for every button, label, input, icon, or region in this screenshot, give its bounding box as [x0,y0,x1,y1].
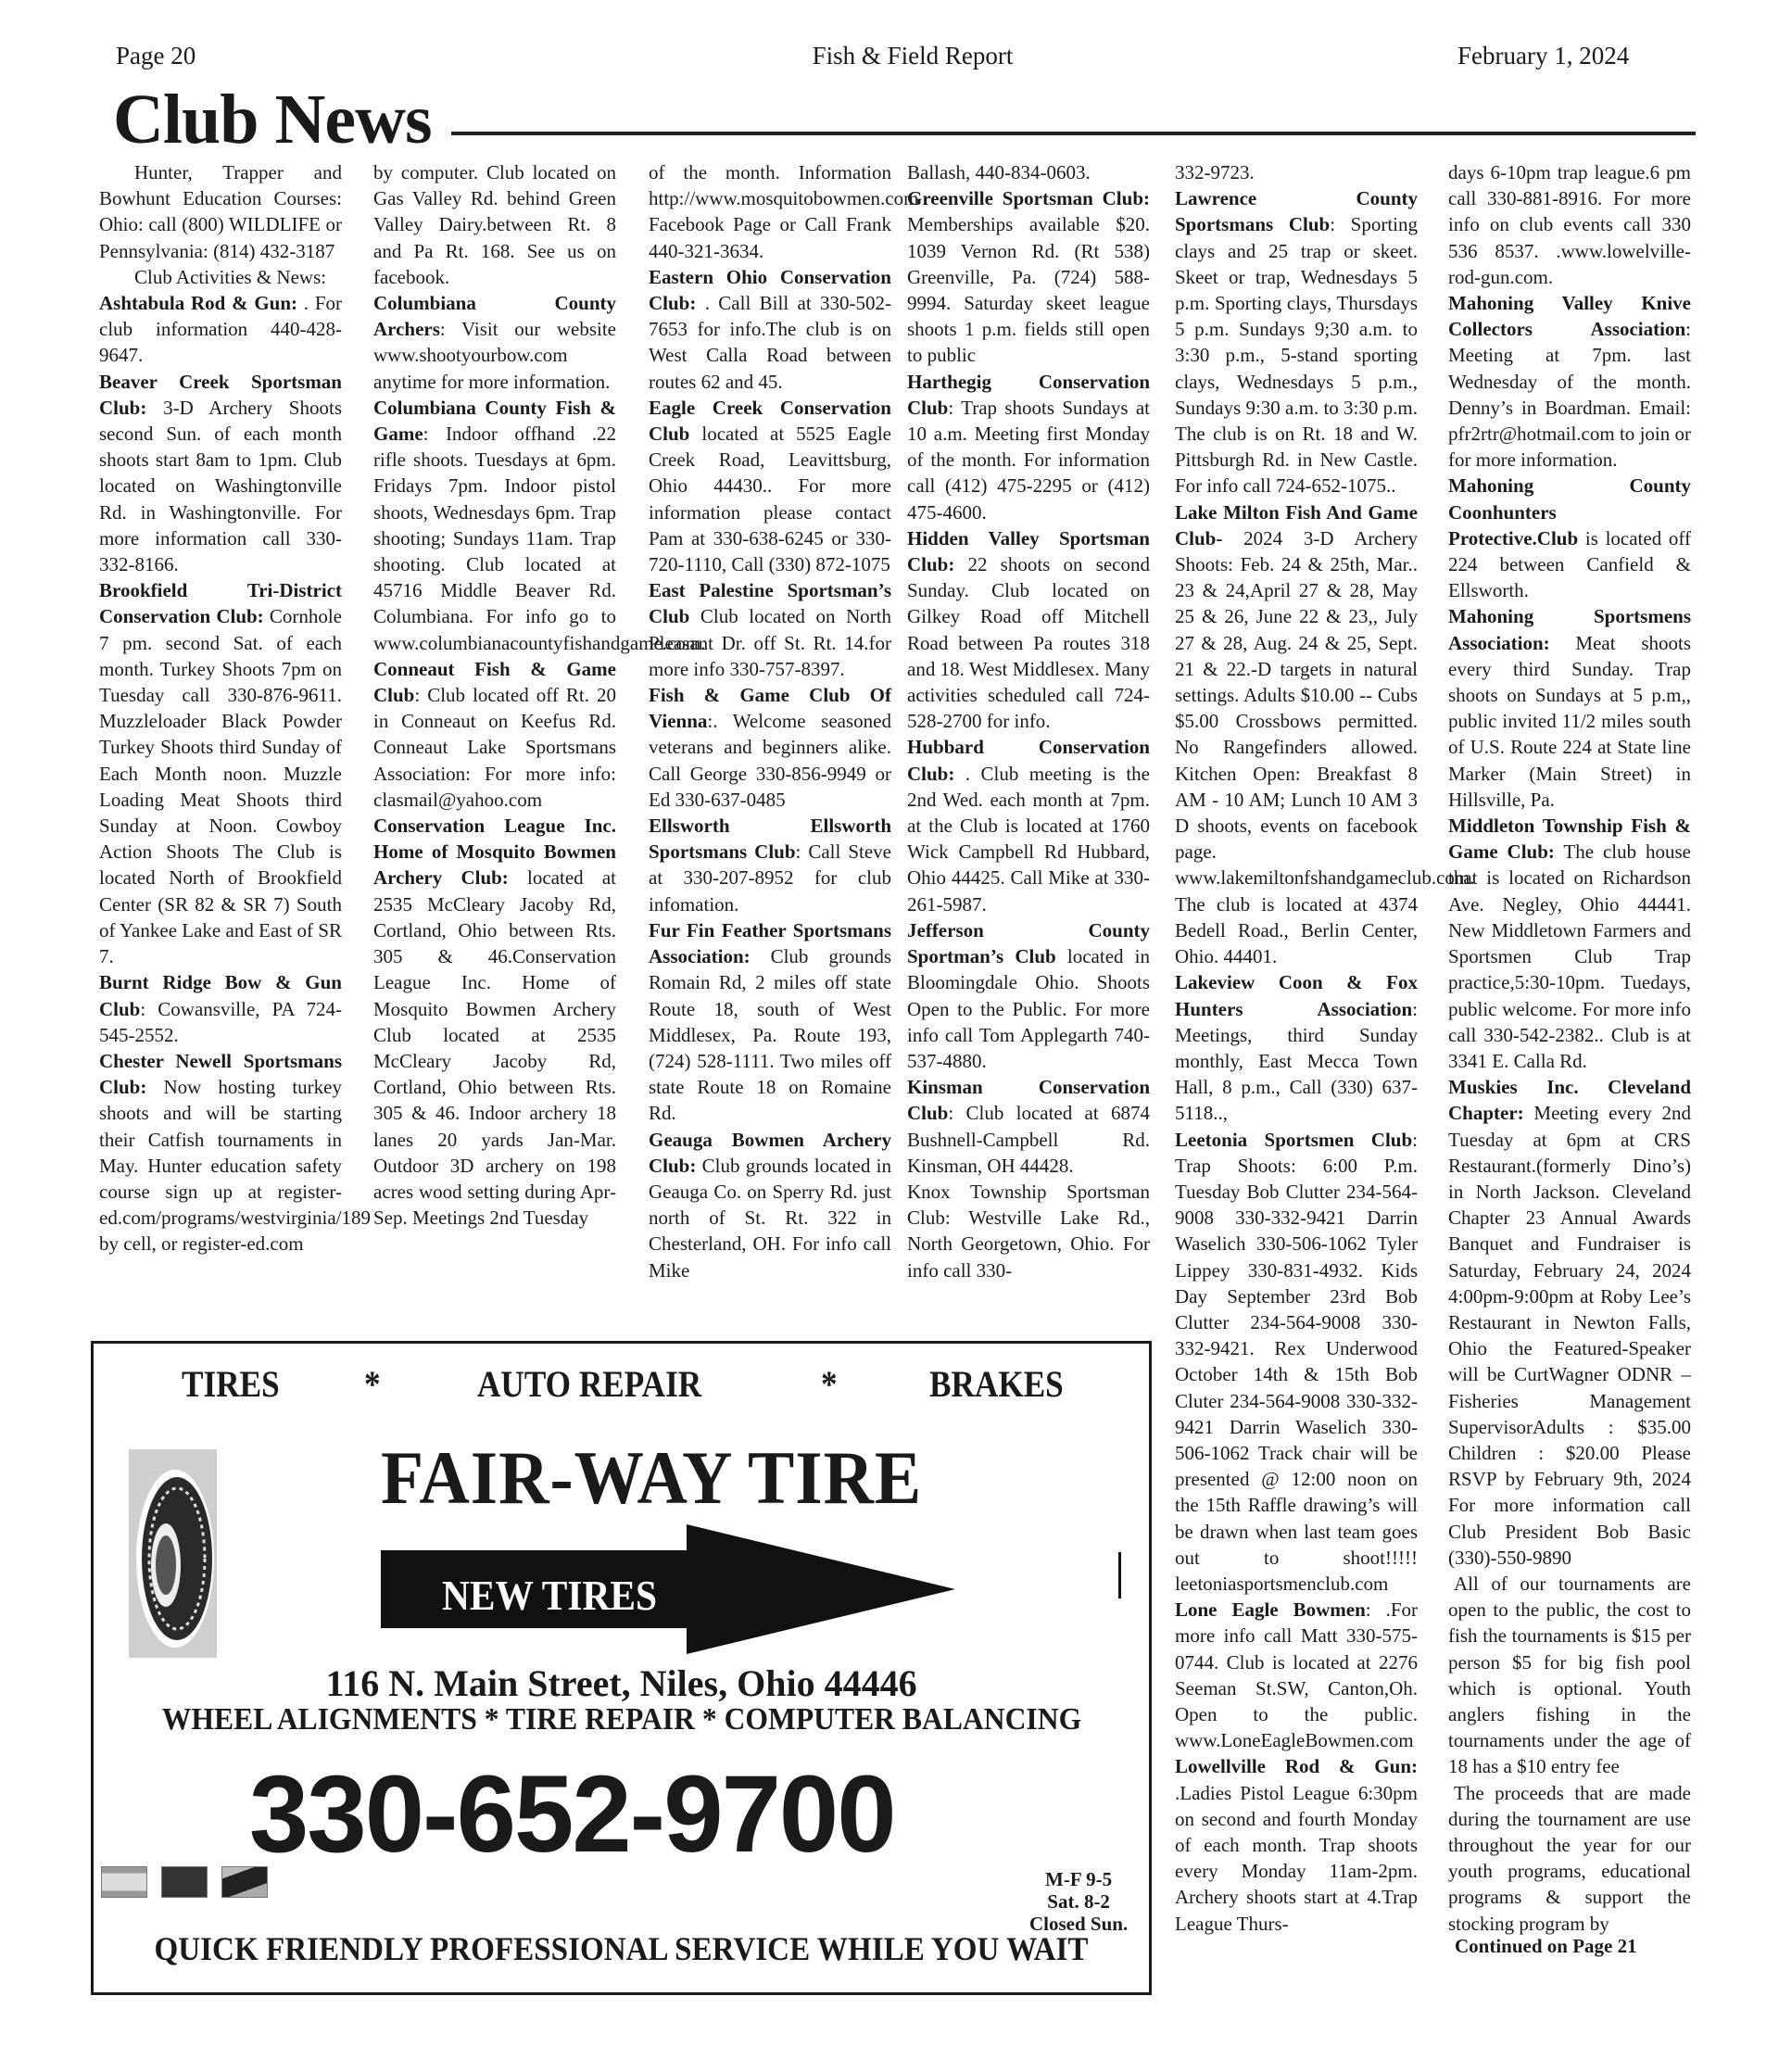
club-details: located at 2535 McCleary Jacoby Rd, Cort… [373,866,616,1229]
club-details: days 6-10pm trap league.6 pm call 330-88… [1448,161,1691,288]
club-details: Club grounds Romain Rd, 2 miles off stat… [649,945,891,1124]
club-details: of the month. Information http://www.mos… [649,161,918,262]
club-details: Ballash, 440-834-0603. [907,161,1091,183]
club-entry: Eagle Creek Conservation Club located at… [649,395,891,577]
section-title: Club News [113,80,432,159]
club-entry: by computer. Club located on Gas Valley … [373,159,616,290]
article-column-5: 332-9723.Lawrence County Sportsmans Club… [1175,159,1418,1937]
club-entry: Brookfield Tri-District Conservation Clu… [99,577,342,969]
club-entry: Hubbard Conservation Club: . Club meetin… [907,734,1150,916]
ad-service-auto-repair: AUTO REPAIR [477,1364,701,1405]
club-details: Knox Township Sportsman Club: Westville … [907,1181,1150,1282]
club-entry: Ellsworth Ellsworth Sportsmans Club: Cal… [649,813,891,917]
club-entry: All of our tournaments are open to the p… [1448,1571,1691,1780]
club-entry: Ballash, 440-834-0603. [907,159,1150,185]
visa-card-icon [101,1866,147,1898]
club-entry: Mahoning Valley Knive Collectors Associa… [1448,290,1691,473]
club-details: by computer. Club located on Gas Valley … [373,161,616,288]
club-entry: Chester Newell Sportsmans Club: Now host… [99,1048,342,1257]
fairway-tire-advertisement: TIRES * AUTO REPAIR * BRAKES FAIR-WAY TI… [91,1341,1152,1995]
club-name: Lakeview Coon & Fox Hunters Association [1175,971,1418,1019]
club-entry: Greenville Sportsman Club: Memberships a… [907,185,1150,368]
club-name: Lone Eagle Bowmen [1175,1598,1366,1621]
club-details: Hunter, Trapper and Bowhunt Education Co… [99,161,342,262]
discover-card-icon [221,1866,268,1898]
club-entry: Lowellville Rod & Gun: .Ladies Pistol Le… [1175,1753,1418,1936]
ad-brand-name: FAIR-WAY TIRE [381,1436,922,1520]
club-entry: Mahoning County Coonhunters Protective.C… [1448,473,1691,603]
club-details: : Sporting clays and 25 trap or skeet. S… [1175,213,1418,497]
ad-address: 116 N. Main Street, Niles, Ohio 44446 [94,1662,1149,1705]
club-entry: East Palestine Sportsman’s Club Club loc… [649,577,891,682]
club-details: : Trap Shoots: 6:00 P.m. Tuesday Bob Clu… [1175,1129,1418,1595]
club-entry: Hidden Valley Sportsman Club: 22 shoots … [907,525,1150,735]
club-entry: Beaver Creek Sportsman Club: 3-D Archery… [99,369,342,578]
tire-icon [129,1449,217,1658]
club-entry: Fur Fin Feather Sportsmans Association: … [649,917,891,1127]
club-details: 332-9723. [1175,161,1255,183]
accepted-cards [101,1866,268,1898]
club-details: 3-D Archery Shoots second Sun. of each m… [99,397,342,575]
club-entry: Knox Township Sportsman Club: Westville … [907,1179,1150,1283]
club-name: Leetonia Sportsmen Club [1175,1129,1412,1151]
club-details: All of our tournaments are open to the p… [1448,1573,1691,1777]
ad-service-tires: TIRES [182,1364,280,1405]
article-column-3: of the month. Information http://www.mos… [649,159,891,1283]
club-entry: Leetonia Sportsmen Club: Trap Shoots: 6:… [1175,1127,1418,1598]
club-name: Mahoning Valley Knive Collectors Associa… [1448,292,1691,340]
club-entry: Club Activities & News: [99,264,342,290]
club-details: : Meeting at 7pm. last Wednesday of the … [1448,318,1691,471]
club-details: . Club meeting is the 2nd Wed. each mont… [907,763,1150,916]
club-entry: Ashtabula Rod & Gun: . For club informat… [99,290,342,369]
club-entry: Eastern Ohio Conservation Club: . Call B… [649,264,891,395]
issue-date: February 1, 2024 [1457,41,1629,70]
article-column-6: days 6-10pm trap league.6 pm call 330-88… [1448,159,1691,1937]
club-details: 2024 3-D Archery Shoots: Feb. 24 & 25th,… [1175,527,1474,967]
ad-arrow-label: NEW TIRES [442,1573,657,1619]
ad-separator: * [364,1364,381,1405]
club-entry: Conneaut Fish & Game Club: Club located … [373,656,616,813]
ad-phone-number: 330-652-9700 [249,1759,895,1870]
ad-services-line: WHEEL ALIGNMENTS * TIRE REPAIR * COMPUTE… [139,1701,1104,1738]
club-details: : .For more info call Matt 330-575-0744.… [1175,1598,1418,1751]
club-details: Meat shoots every third Sunday. Trap sho… [1448,632,1691,811]
ad-business-hours: M-F 9-5 Sat. 8-2 Closed Sun. [1029,1868,1128,1935]
club-details: The proceeds that are made during the to… [1448,1782,1691,1935]
club-entry: Fish & Game Club Of Vienna:. Welcome sea… [649,682,891,813]
club-entry: 332-9723. [1175,159,1418,185]
club-entry: Lawrence County Sportsmans Club: Sportin… [1175,185,1418,499]
club-entry: Columbiana County Archers: Visit our web… [373,290,616,395]
hours-weekday: M-F 9-5 [1029,1868,1128,1890]
club-details: located at 5525 Eagle Creek Road, Leavit… [649,423,891,575]
club-entry: Harthegig Conservation Club: Trap shoots… [907,369,1150,525]
club-details: 22 shoots on second Sunday. Club located… [907,553,1150,732]
club-entry: Lone Eagle Bowmen: .For more info call M… [1175,1597,1418,1753]
club-details: Club Activities & News: [134,266,326,288]
club-entry: Burnt Ridge Bow & Gun Club: Cowansville,… [99,969,342,1048]
club-entry: Kinsman Conservation Club: Club located … [907,1074,1150,1179]
club-name: Greenville Sportsman Club: [907,187,1150,209]
club-details: Cornhole 7 pm. second Sat. of each month… [99,605,342,967]
hours-saturday: Sat. 8-2 [1029,1890,1128,1913]
club-entry: Muskies Inc. Cleveland Chapter: Meeting … [1448,1074,1691,1571]
club-details: Memberships available $20. 1039 Vernon R… [907,213,1150,366]
ad-separator: * [821,1364,838,1405]
club-name: Ashtabula Rod & Gun: [99,292,297,314]
club-entry: Hunter, Trapper and Bowhunt Education Co… [99,159,342,264]
club-entry: Conservation League Inc. Home of Mosquit… [373,813,616,1231]
club-entry: Mahoning Sportsmens Association: Meat sh… [1448,603,1691,813]
article-column-1: Hunter, Trapper and Bowhunt Education Co… [99,159,342,1257]
club-entry: of the month. Information http://www.mos… [649,159,891,264]
club-entry: Lakeview Coon & Fox Hunters Association:… [1175,969,1418,1126]
mastercard-icon [161,1866,208,1898]
club-entry: Columbiana County Fish & Game: Indoor of… [373,395,616,656]
club-entry: Lake Milton Fish And Game Club- 2024 3-D… [1175,499,1418,970]
club-name: Lowellville Rod & Gun: [1175,1755,1418,1777]
article-column-4: Ballash, 440-834-0603.Greenville Sportsm… [907,159,1150,1283]
ad-tagline: QUICK FRIENDLY PROFESSIONAL SERVICE WHIL… [136,1929,1107,1968]
article-column-2: by computer. Club located on Gas Valley … [373,159,616,1231]
ad-service-brakes: BRAKES [929,1364,1064,1405]
title-rule-divider [451,132,1696,135]
club-entry: Geauga Bowmen Archery Club: Club grounds… [649,1127,891,1283]
club-details: The club house that is located on Richar… [1448,840,1691,1072]
club-entry: Middleton Township Fish & Game Club: The… [1448,813,1691,1074]
club-details: Now hosting turkey shoots and will be st… [99,1076,371,1255]
club-entry: The proceeds that are made during the to… [1448,1780,1691,1937]
ad-mark [1118,1552,1121,1598]
club-details: .Ladies Pistol League 6:30pm on second a… [1175,1782,1418,1935]
club-details: Meeting every 2nd Tuesday at 6pm at CRS … [1448,1102,1691,1568]
continued-notice: Continued on Page 21 [1455,1935,1637,1958]
club-entry: Jefferson County Sportman’s Club located… [907,917,1150,1074]
club-entry: days 6-10pm trap league.6 pm call 330-88… [1448,159,1691,290]
